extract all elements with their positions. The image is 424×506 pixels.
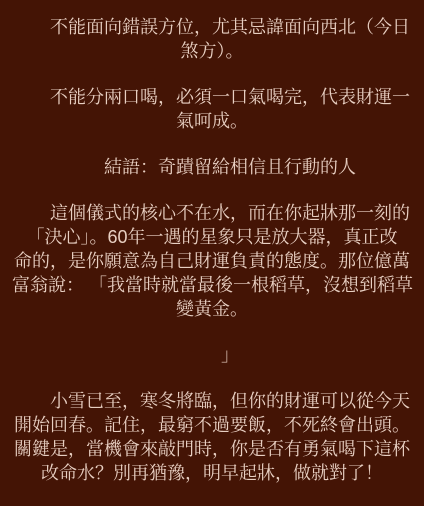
paragraph: 不能面向錯誤方位，尤其忌諱面向西北（今日煞方）。 bbox=[12, 15, 412, 63]
paragraph: 小雪已至，寒冬將臨，但你的財運可以從今天開始回春。記住，最窮不過要飯，不死終會出… bbox=[12, 389, 412, 485]
text-line: 富翁說： 「我當時就當最後一根稻草，沒想到稻草 bbox=[12, 273, 412, 297]
paragraph: 」 bbox=[12, 343, 412, 367]
text-line: 結語：奇蹟留給相信且行動的人 bbox=[12, 155, 412, 179]
text-line: 小雪已至，寒冬將臨，但你的財運可以從今天 bbox=[12, 389, 412, 413]
text-line: 氣呵成。 bbox=[12, 109, 412, 133]
text-line: 變黃金。 bbox=[12, 297, 412, 321]
text-line: 不能面向錯誤方位，尤其忌諱面向西北（今日 bbox=[12, 15, 412, 39]
text-line: 改命水？別再猶豫，明早起牀，做就對了！ bbox=[12, 461, 412, 485]
text-line: 開始回春。記住，最窮不過要飯，不死終會出頭。 bbox=[12, 413, 412, 437]
text-line: 這個儀式的核心不在水，而在你起牀那一刻的 bbox=[12, 201, 412, 225]
text-line: 關鍵是，當機會來敲門時，你是否有勇氣喝下這杯 bbox=[12, 437, 412, 461]
text-line: 不能分兩口喝，必須一口氣喝完，代表財運一 bbox=[12, 85, 412, 109]
text-line: 命的，是你願意為自己財運負責的態度。那位億萬 bbox=[12, 249, 412, 273]
text-line: 」 bbox=[12, 343, 412, 367]
paragraph: 這個儀式的核心不在水，而在你起牀那一刻的「決心」。60年一遇的星象只是放大器，真… bbox=[12, 201, 412, 321]
text-line: 煞方）。 bbox=[12, 39, 412, 63]
paragraph: 不能分兩口喝，必須一口氣喝完，代表財運一氣呵成。 bbox=[12, 85, 412, 133]
text-content: 不能面向錯誤方位，尤其忌諱面向西北（今日煞方）。不能分兩口喝，必須一口氣喝完，代… bbox=[0, 0, 424, 506]
text-line: 「決心」。60年一遇的星象只是放大器，真正改 bbox=[12, 225, 412, 249]
paragraph: 結語：奇蹟留給相信且行動的人 bbox=[12, 155, 412, 179]
